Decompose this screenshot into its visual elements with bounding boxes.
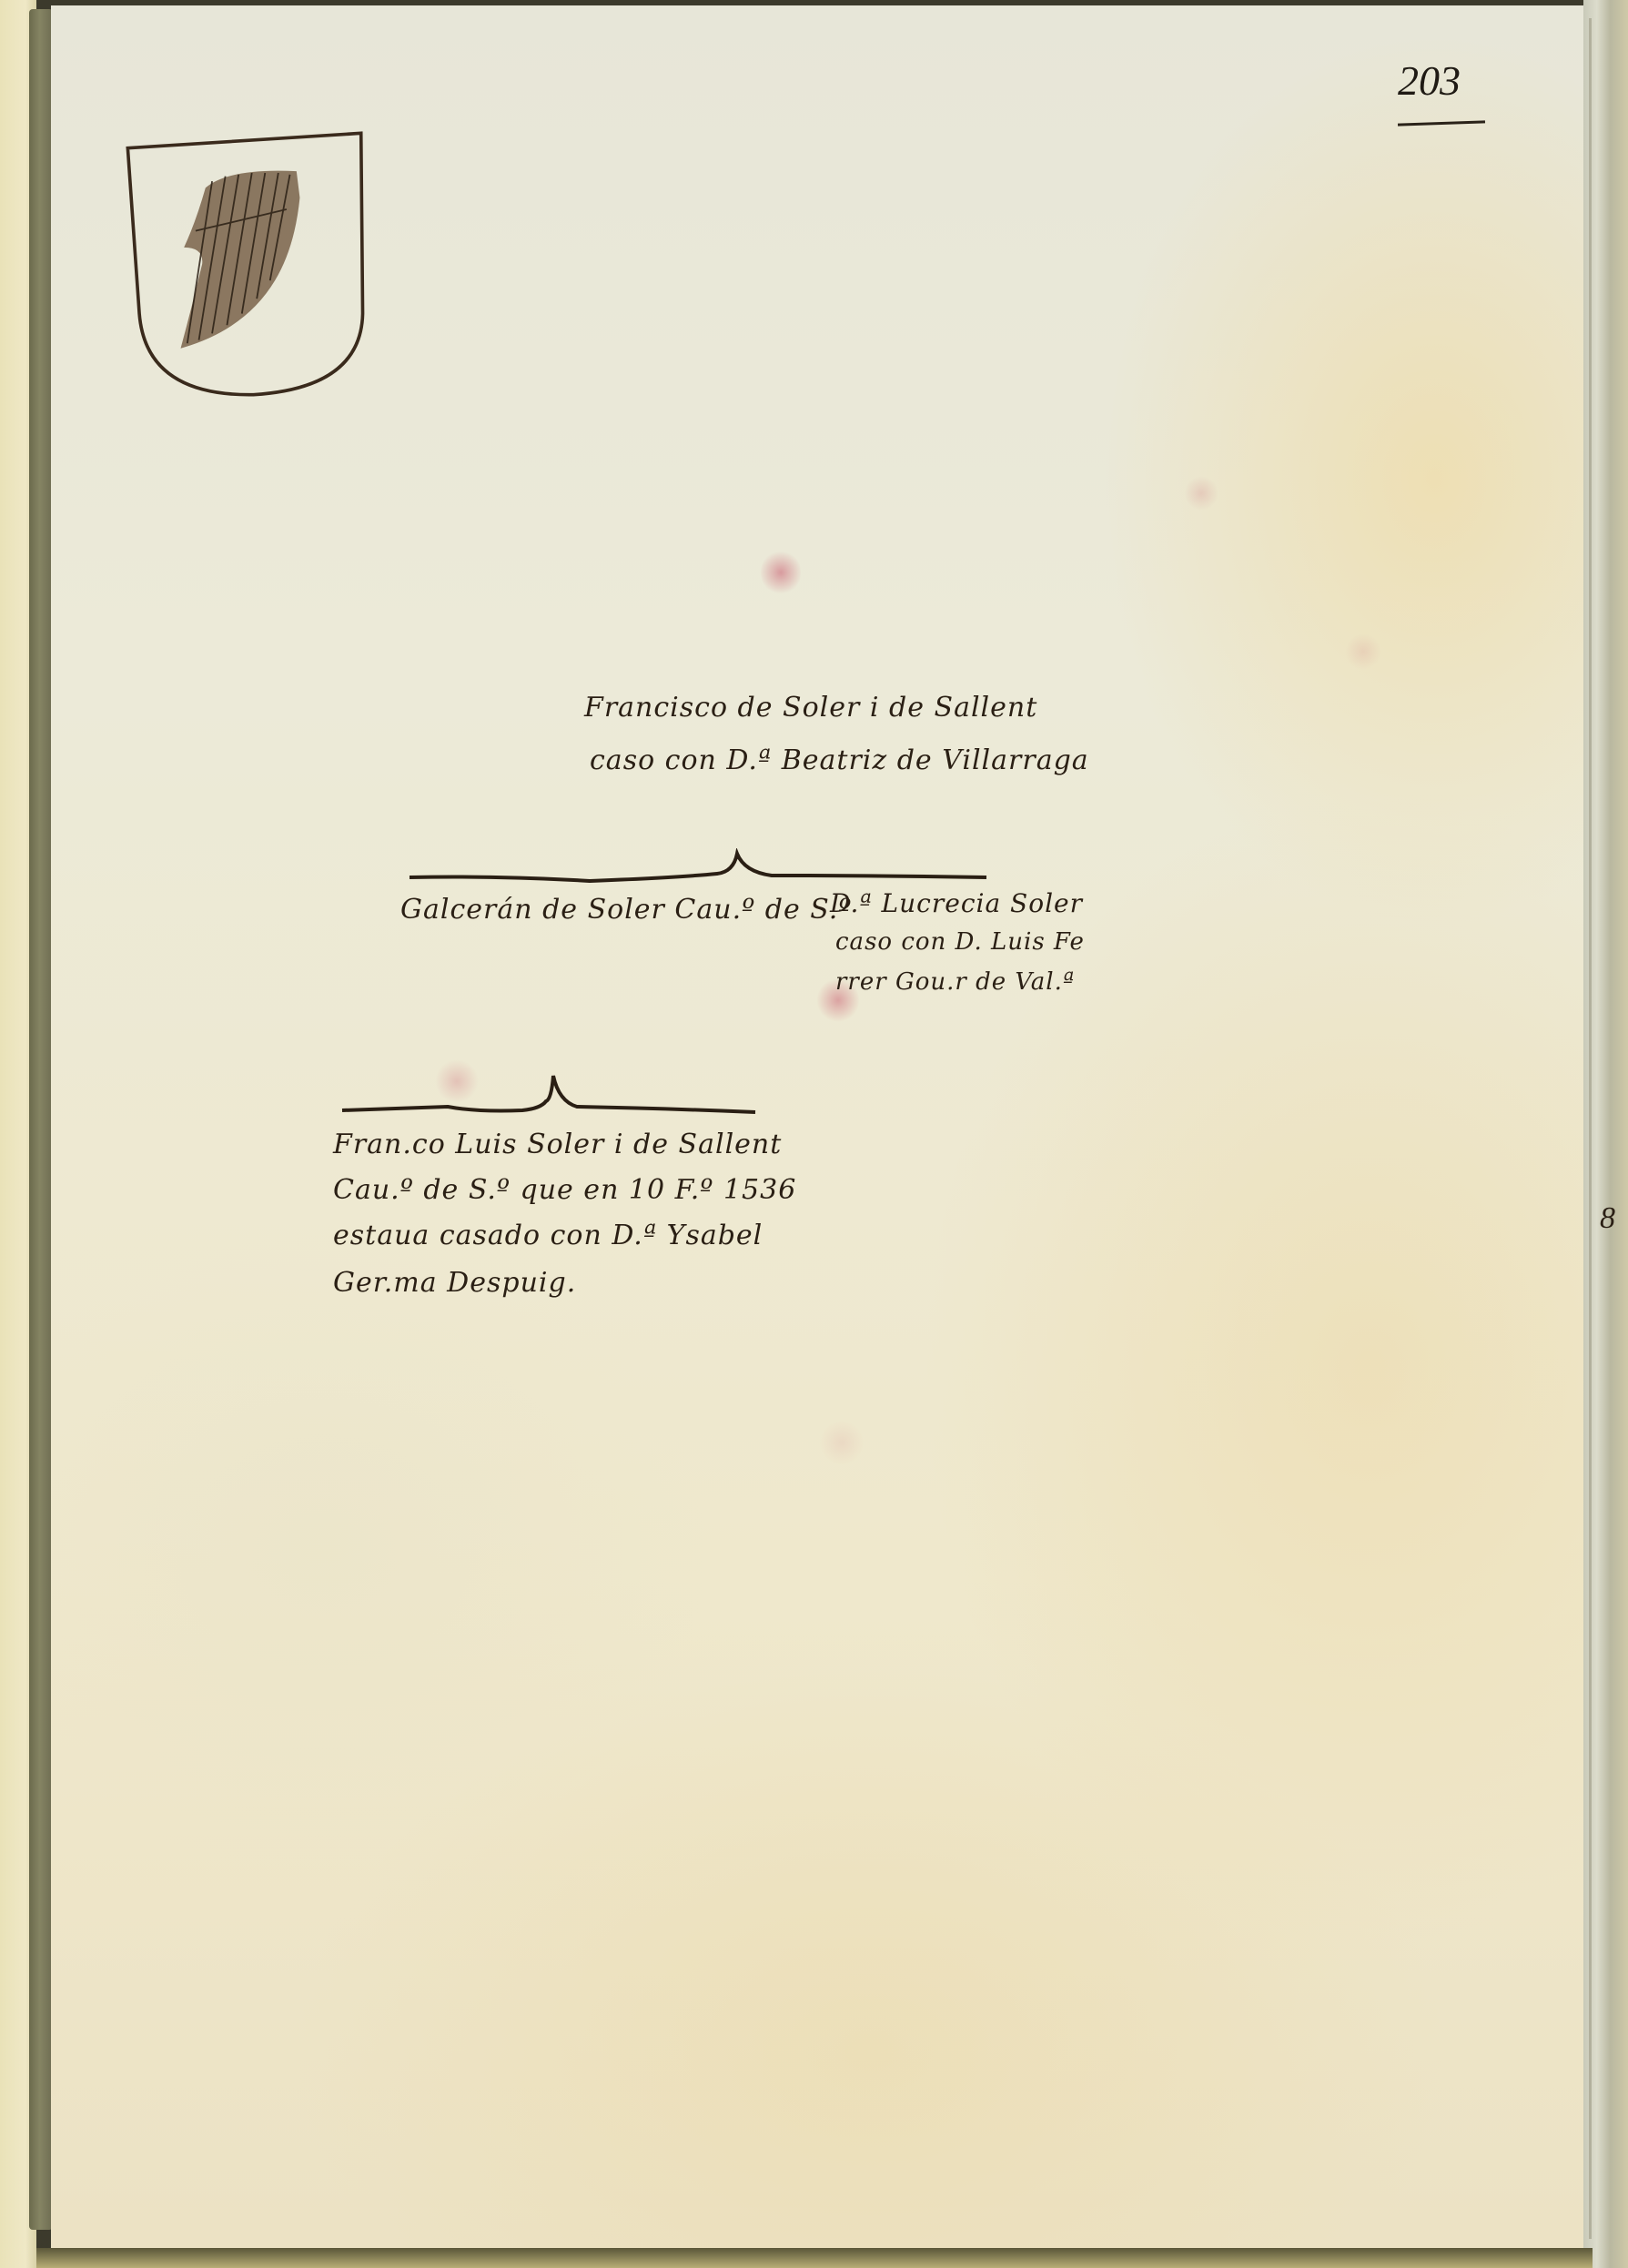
right-page-edges bbox=[1583, 0, 1628, 2268]
faint-stain bbox=[819, 1420, 865, 1465]
genealogy-child-lucrecia-line1: D.ª Lucrecia Soler bbox=[830, 888, 1083, 918]
genealogy-root-marriage: caso con D.ª Beatriz de Villarraga bbox=[590, 744, 1089, 776]
folio-number: 203 bbox=[1398, 56, 1461, 105]
faint-stain bbox=[1345, 633, 1381, 670]
genealogy-brace bbox=[408, 848, 990, 885]
red-stain bbox=[761, 550, 801, 595]
genealogy-brace bbox=[340, 1072, 759, 1118]
binding-gutter bbox=[29, 9, 53, 2230]
genealogy-child-lucrecia-line2: caso con D. Luis Fe bbox=[835, 928, 1085, 956]
genealogy-child-galceran: Galcerán de Soler Cau.º de S.º bbox=[400, 894, 852, 926]
genealogy-grandchild-line4: Ger.ma Despuig. bbox=[333, 1267, 576, 1299]
genealogy-grandchild-line1: Fran.co Luis Soler i de Sallent bbox=[333, 1129, 782, 1160]
genealogy-child-lucrecia-line3: rrer Gou.r de Val.ª bbox=[835, 968, 1075, 996]
bottom-shadow bbox=[36, 2248, 1593, 2268]
genealogy-grandchild-line2: Cau.º de S.º que en 10 F.º 1536 bbox=[333, 1174, 796, 1206]
coat-of-arms-wing-icon bbox=[113, 118, 386, 410]
margin-mark: 8 bbox=[1600, 1201, 1615, 1236]
genealogy-root-name: Francisco de Soler i de Sallent bbox=[584, 692, 1037, 724]
manuscript-scan: 203 Francisco de Soler i de Sallent caso… bbox=[0, 0, 1628, 2268]
faint-stain bbox=[1185, 475, 1218, 511]
genealogy-grandchild-line3: estaua casado con D.ª Ysabel bbox=[333, 1220, 763, 1251]
